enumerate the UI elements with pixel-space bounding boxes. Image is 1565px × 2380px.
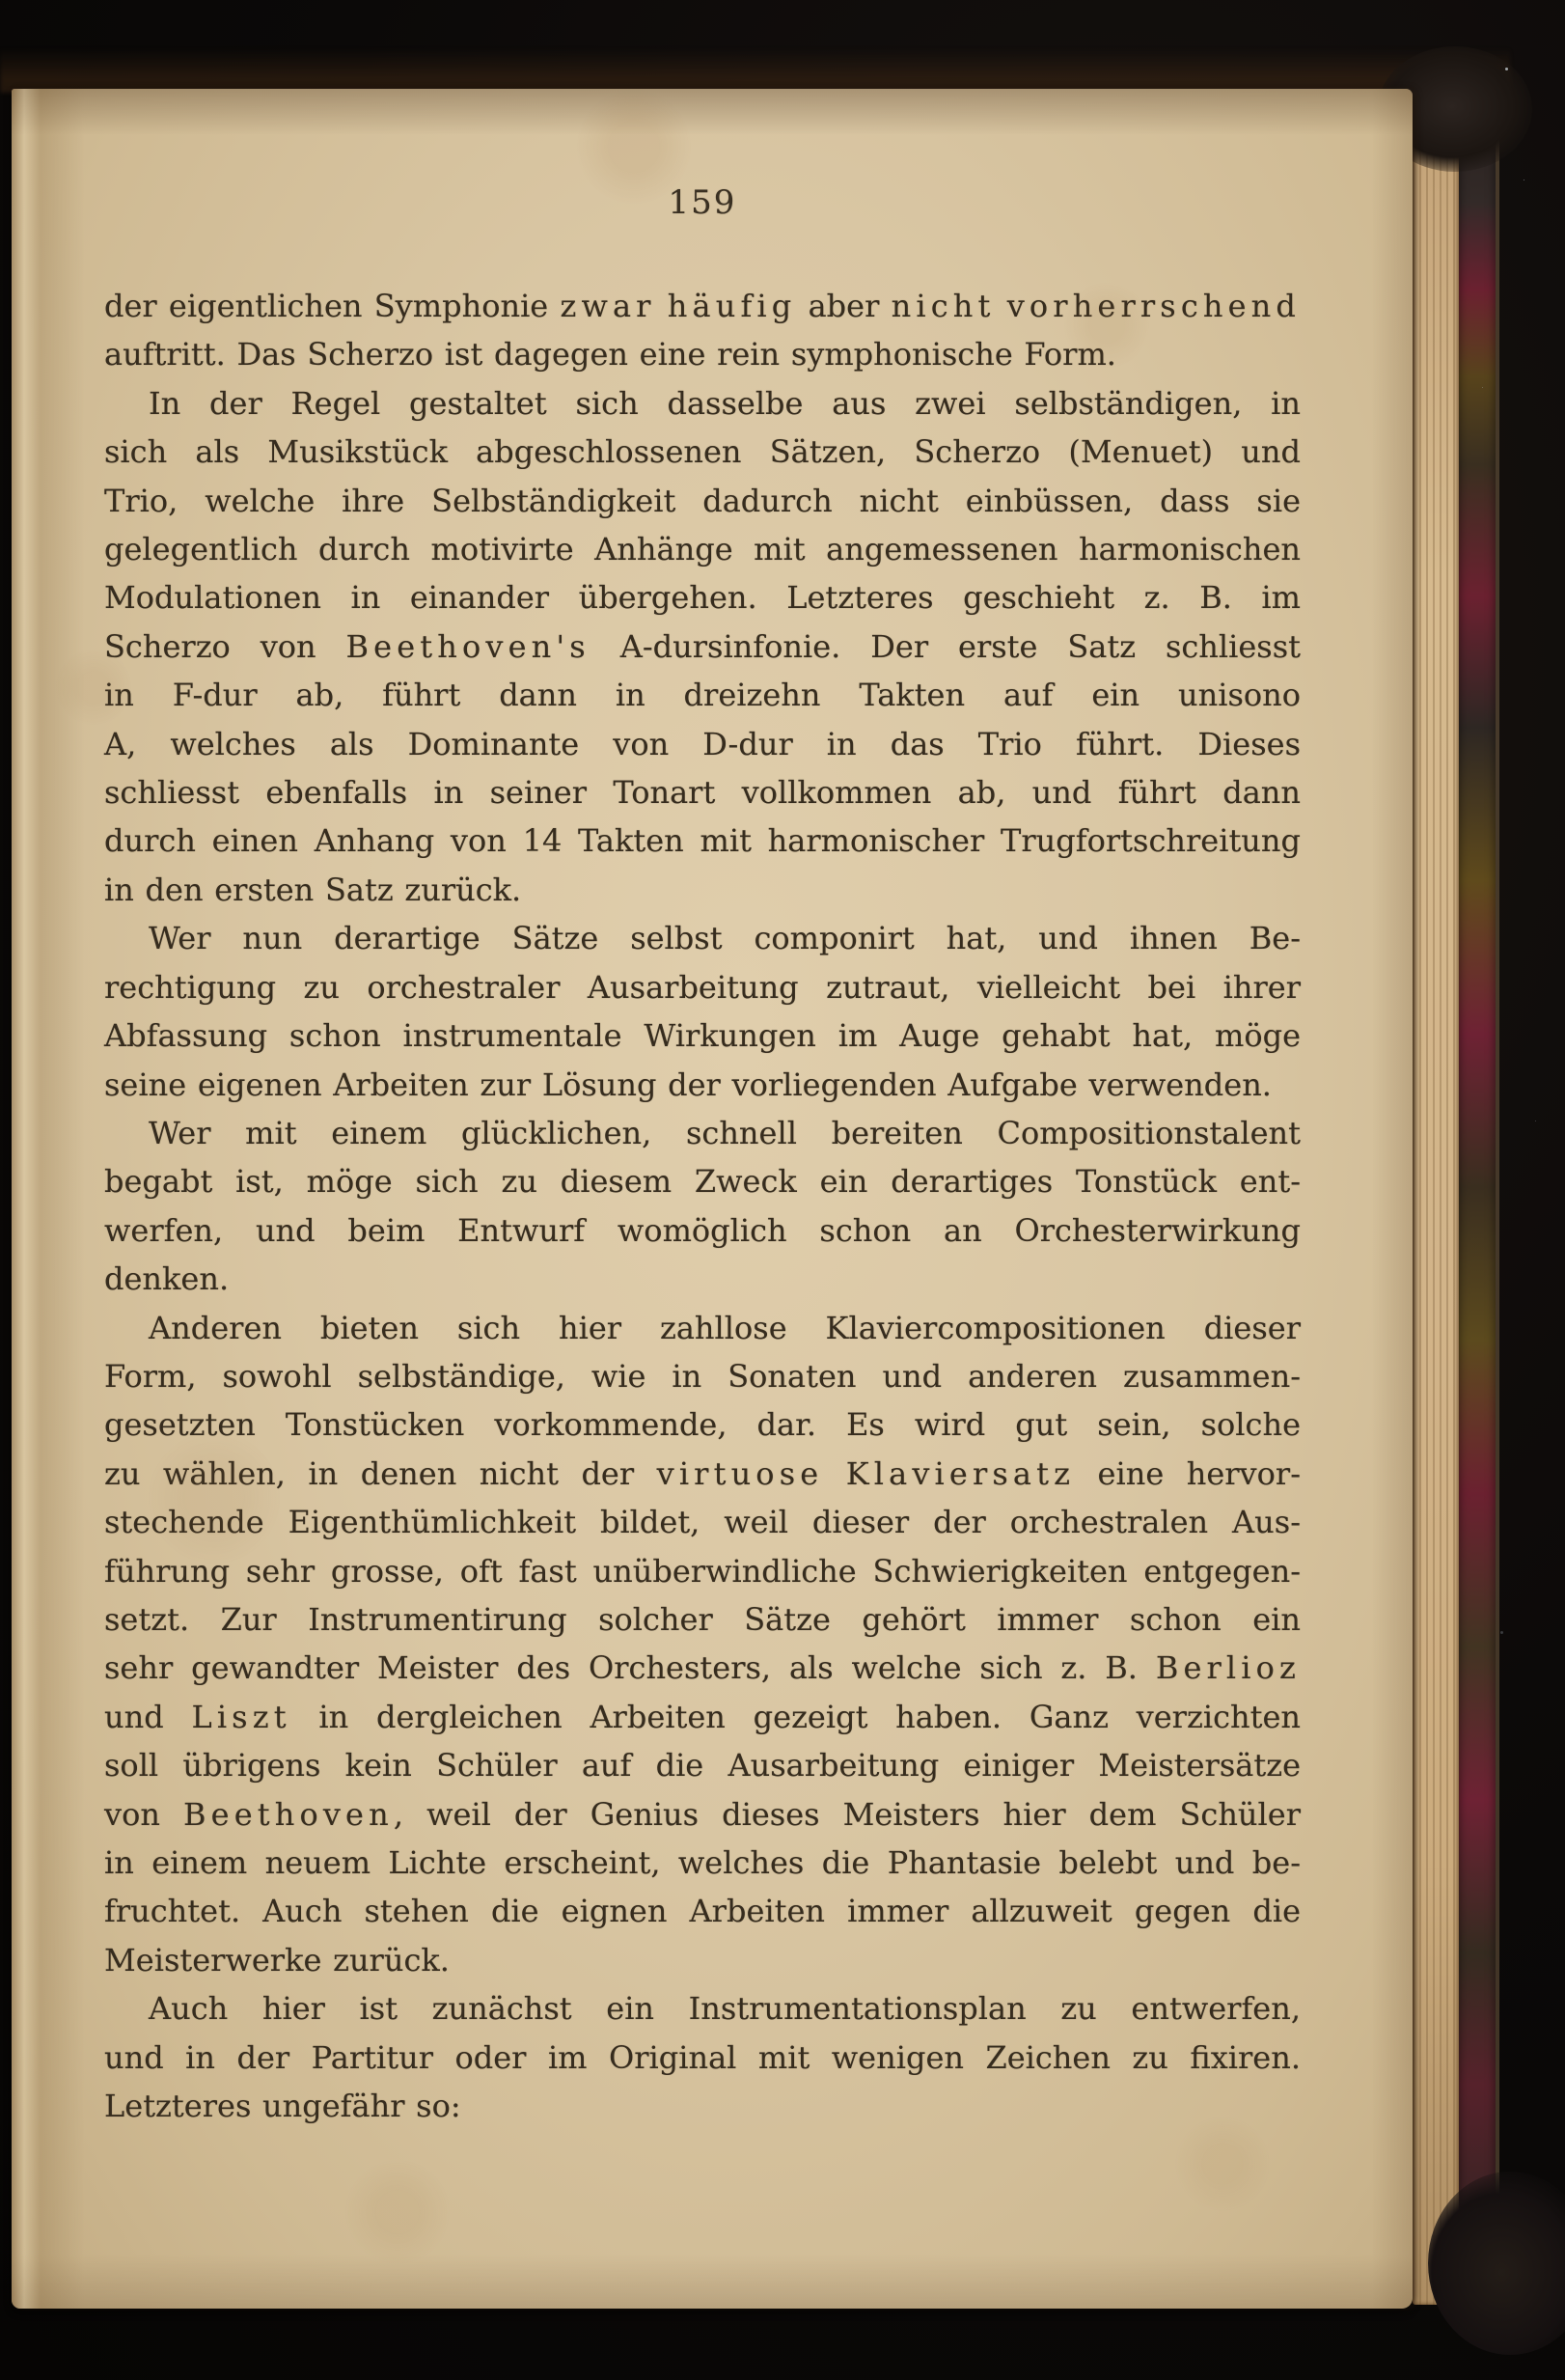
text-segment: rechtigung zu orchestraler Ausarbeitung … bbox=[104, 969, 1301, 1006]
page-text: der eigentlichen Symphonie zwar häufig a… bbox=[104, 282, 1301, 2130]
text-line: Wer mit einem glücklichen, schnell berei… bbox=[104, 1109, 1301, 1157]
text-segment: fruchtet. Auch stehen die eignen Arbeite… bbox=[104, 1893, 1301, 1929]
text-segment: werfen, und beim Entwurf womöglich schon… bbox=[104, 1212, 1301, 1249]
text-segment: sehr gewandter Meister des Orchesters, a… bbox=[104, 1649, 1156, 1686]
text-line: schliesst ebenfalls in seiner Tonart vol… bbox=[104, 768, 1301, 816]
text-segment: zu wählen, in denen nicht der bbox=[104, 1455, 657, 1492]
letterspaced-word: Klaviersatz bbox=[846, 1455, 1075, 1492]
text-line: durch einen Anhang von 14 Takten mit har… bbox=[104, 816, 1301, 865]
text-line: Form, sowohl selbständige, wie in Sonate… bbox=[104, 1352, 1301, 1400]
text-segment: Scherzo von bbox=[104, 628, 346, 665]
letterspaced-word: zwar bbox=[560, 288, 655, 324]
text-segment bbox=[995, 288, 1006, 324]
text-segment: und bbox=[104, 1699, 191, 1735]
text-segment: Abfassung schon instrumentale Wirkungen … bbox=[104, 1017, 1301, 1054]
page-number: 159 bbox=[104, 183, 1301, 222]
text-segment: A-dursinfonie. Der erste Satz schliesst bbox=[590, 628, 1301, 665]
text-segment: durch einen Anhang von 14 Takten mit har… bbox=[104, 822, 1301, 859]
cover-marble-edge bbox=[1459, 93, 1496, 2282]
cover-reflection-band bbox=[0, 48, 1510, 93]
text-segment: führung sehr grosse, oft fast unüberwind… bbox=[104, 1553, 1301, 1590]
text-segment: in einem neuem Lichte erscheint, welches… bbox=[104, 1844, 1301, 1881]
text-line: Meisterwerke zurück. bbox=[104, 1936, 1301, 1984]
text-line: rechtigung zu orchestraler Ausarbeitung … bbox=[104, 963, 1301, 1011]
text-segment: Letzteres ungefähr so: bbox=[104, 2088, 461, 2124]
text-line: fruchtet. Auch stehen die eignen Arbeite… bbox=[104, 1887, 1301, 1935]
text-line: In der Regel gestaltet sich dasselbe aus… bbox=[104, 379, 1301, 428]
text-segment: A, welches als Dominante von D-dur in da… bbox=[104, 726, 1301, 762]
letterspaced-word: vorherrschend bbox=[1007, 288, 1301, 324]
text-line: soll übrigens kein Schüler auf die Ausar… bbox=[104, 1741, 1301, 1789]
letterspaced-word: häufig bbox=[668, 288, 797, 324]
text-segment bbox=[656, 288, 668, 324]
text-line: setzt. Zur Instrumentirung solcher Sätze… bbox=[104, 1595, 1301, 1644]
dust-specks bbox=[1505, 68, 1508, 70]
text-line: von Beethoven, weil der Genius dieses Me… bbox=[104, 1790, 1301, 1839]
text-line: Scherzo von Beethoven's A-dursinfonie. D… bbox=[104, 623, 1301, 671]
text-line: stechende Eigenthümlichkeit bildet, weil… bbox=[104, 1498, 1301, 1546]
text-line: Trio, welche ihre Selbständigkeit dadurc… bbox=[104, 477, 1301, 525]
letterspaced-word: Berlioz bbox=[1156, 1649, 1301, 1686]
book-page: 159 der eigentlichen Symphonie zwar häuf… bbox=[12, 89, 1413, 2309]
text-line: zu wählen, in denen nicht der virtuose K… bbox=[104, 1450, 1301, 1498]
letterspaced-word: Beethoven's bbox=[346, 628, 590, 665]
text-segment: der eigentlichen Symphonie bbox=[104, 288, 560, 324]
text-segment: soll übrigens kein Schüler auf die Ausar… bbox=[104, 1747, 1301, 1784]
text-line: gelegentlich durch motivirte Anhänge mit… bbox=[104, 525, 1301, 573]
text-segment: Trio, welche ihre Selbständigkeit dadurc… bbox=[104, 483, 1301, 519]
text-line: sich als Musikstück abgeschlossenen Sätz… bbox=[104, 428, 1301, 476]
text-line: in einem neuem Lichte erscheint, welches… bbox=[104, 1839, 1301, 1887]
text-segment bbox=[823, 1455, 845, 1492]
text-line: werfen, und beim Entwurf womöglich schon… bbox=[104, 1206, 1301, 1255]
text-segment: In der Regel gestaltet sich dasselbe aus… bbox=[149, 385, 1301, 422]
text-segment: seine eigenen Arbeiten zur Lösung der vo… bbox=[104, 1066, 1272, 1103]
text-segment: begabt ist, möge sich zu diesem Zweck ei… bbox=[104, 1163, 1301, 1200]
text-line: seine eigenen Arbeiten zur Lösung der vo… bbox=[104, 1061, 1301, 1109]
text-segment: Form, sowohl selbständige, wie in Sonate… bbox=[104, 1358, 1301, 1395]
text-segment: stechende Eigenthümlichkeit bildet, weil… bbox=[104, 1504, 1301, 1540]
text-segment: Wer nun derartige Sätze selbst componirt… bbox=[149, 920, 1301, 956]
letterspaced-word: nicht bbox=[892, 288, 996, 324]
text-segment: denken. bbox=[104, 1260, 229, 1297]
text-segment: Meisterwerke zurück. bbox=[104, 1942, 450, 1979]
text-segment: eine hervor- bbox=[1075, 1455, 1301, 1492]
text-line: Auch hier ist zunächst ein Instrumentati… bbox=[104, 1984, 1301, 2033]
text-segment: Auch hier ist zunächst ein Instrumentati… bbox=[149, 1990, 1301, 2027]
letterspaced-word: Beethoven bbox=[183, 1796, 394, 1833]
text-line: führung sehr grosse, oft fast unüberwind… bbox=[104, 1547, 1301, 1595]
book-photo-background: 159 der eigentlichen Symphonie zwar häuf… bbox=[0, 0, 1565, 2380]
text-line: in F-dur ab, führt dann in dreizehn Takt… bbox=[104, 671, 1301, 719]
page-fore-edge bbox=[1413, 97, 1459, 2305]
text-line: in den ersten Satz zurück. bbox=[104, 866, 1301, 914]
text-line: Anderen bieten sich hier zahllose Klavie… bbox=[104, 1304, 1301, 1352]
text-segment: Wer mit einem glücklichen, schnell berei… bbox=[149, 1115, 1301, 1151]
text-segment: auftritt. Das Scherzo ist dagegen eine r… bbox=[104, 336, 1116, 373]
text-line: Letzteres ungefähr so: bbox=[104, 2082, 1301, 2130]
text-segment: gelegentlich durch motivirte Anhänge mit… bbox=[104, 531, 1301, 567]
text-segment: in F-dur ab, führt dann in dreizehn Takt… bbox=[104, 677, 1301, 713]
letterspaced-word: virtuose bbox=[657, 1455, 824, 1492]
text-line: sehr gewandter Meister des Orchesters, a… bbox=[104, 1644, 1301, 1692]
text-line: Wer nun derartige Sätze selbst componirt… bbox=[104, 914, 1301, 962]
text-line: und in der Partitur oder im Original mit… bbox=[104, 2034, 1301, 2082]
text-line: begabt ist, möge sich zu diesem Zweck ei… bbox=[104, 1157, 1301, 1205]
text-segment: setzt. Zur Instrumentirung solcher Sätze… bbox=[104, 1601, 1301, 1638]
text-segment: Anderen bieten sich hier zahllose Klavie… bbox=[149, 1310, 1301, 1346]
text-segment: und in der Partitur oder im Original mit… bbox=[104, 2039, 1301, 2076]
text-line: der eigentlichen Symphonie zwar häufig a… bbox=[104, 282, 1301, 330]
text-segment: Modulationen in einander übergehen. Letz… bbox=[104, 579, 1301, 616]
text-segment: aber bbox=[796, 288, 891, 324]
text-line: auftritt. Das Scherzo ist dagegen eine r… bbox=[104, 330, 1301, 378]
text-segment: sich als Musikstück abgeschlossenen Sätz… bbox=[104, 433, 1301, 470]
text-line: A, welches als Dominante von D-dur in da… bbox=[104, 720, 1301, 768]
text-segment: in den ersten Satz zurück. bbox=[104, 872, 521, 908]
text-segment: in dergleichen Arbeiten gezeigt haben. G… bbox=[291, 1699, 1301, 1735]
text-segment: gesetzten Tonstücken vorkommende, dar. E… bbox=[104, 1406, 1301, 1443]
text-line: und Liszt in dergleichen Arbeiten gezeig… bbox=[104, 1693, 1301, 1741]
letterspaced-word: Liszt bbox=[191, 1699, 290, 1735]
text-line: gesetzten Tonstücken vorkommende, dar. E… bbox=[104, 1400, 1301, 1449]
text-line: Modulationen in einander übergehen. Letz… bbox=[104, 573, 1301, 622]
text-segment: von bbox=[104, 1796, 183, 1833]
text-segment: , weil der Genius dieses Meisters hier d… bbox=[394, 1796, 1301, 1833]
text-segment: schliesst ebenfalls in seiner Tonart vol… bbox=[104, 774, 1301, 811]
text-line: denken. bbox=[104, 1255, 1301, 1303]
text-line: Abfassung schon instrumentale Wirkungen … bbox=[104, 1011, 1301, 1060]
